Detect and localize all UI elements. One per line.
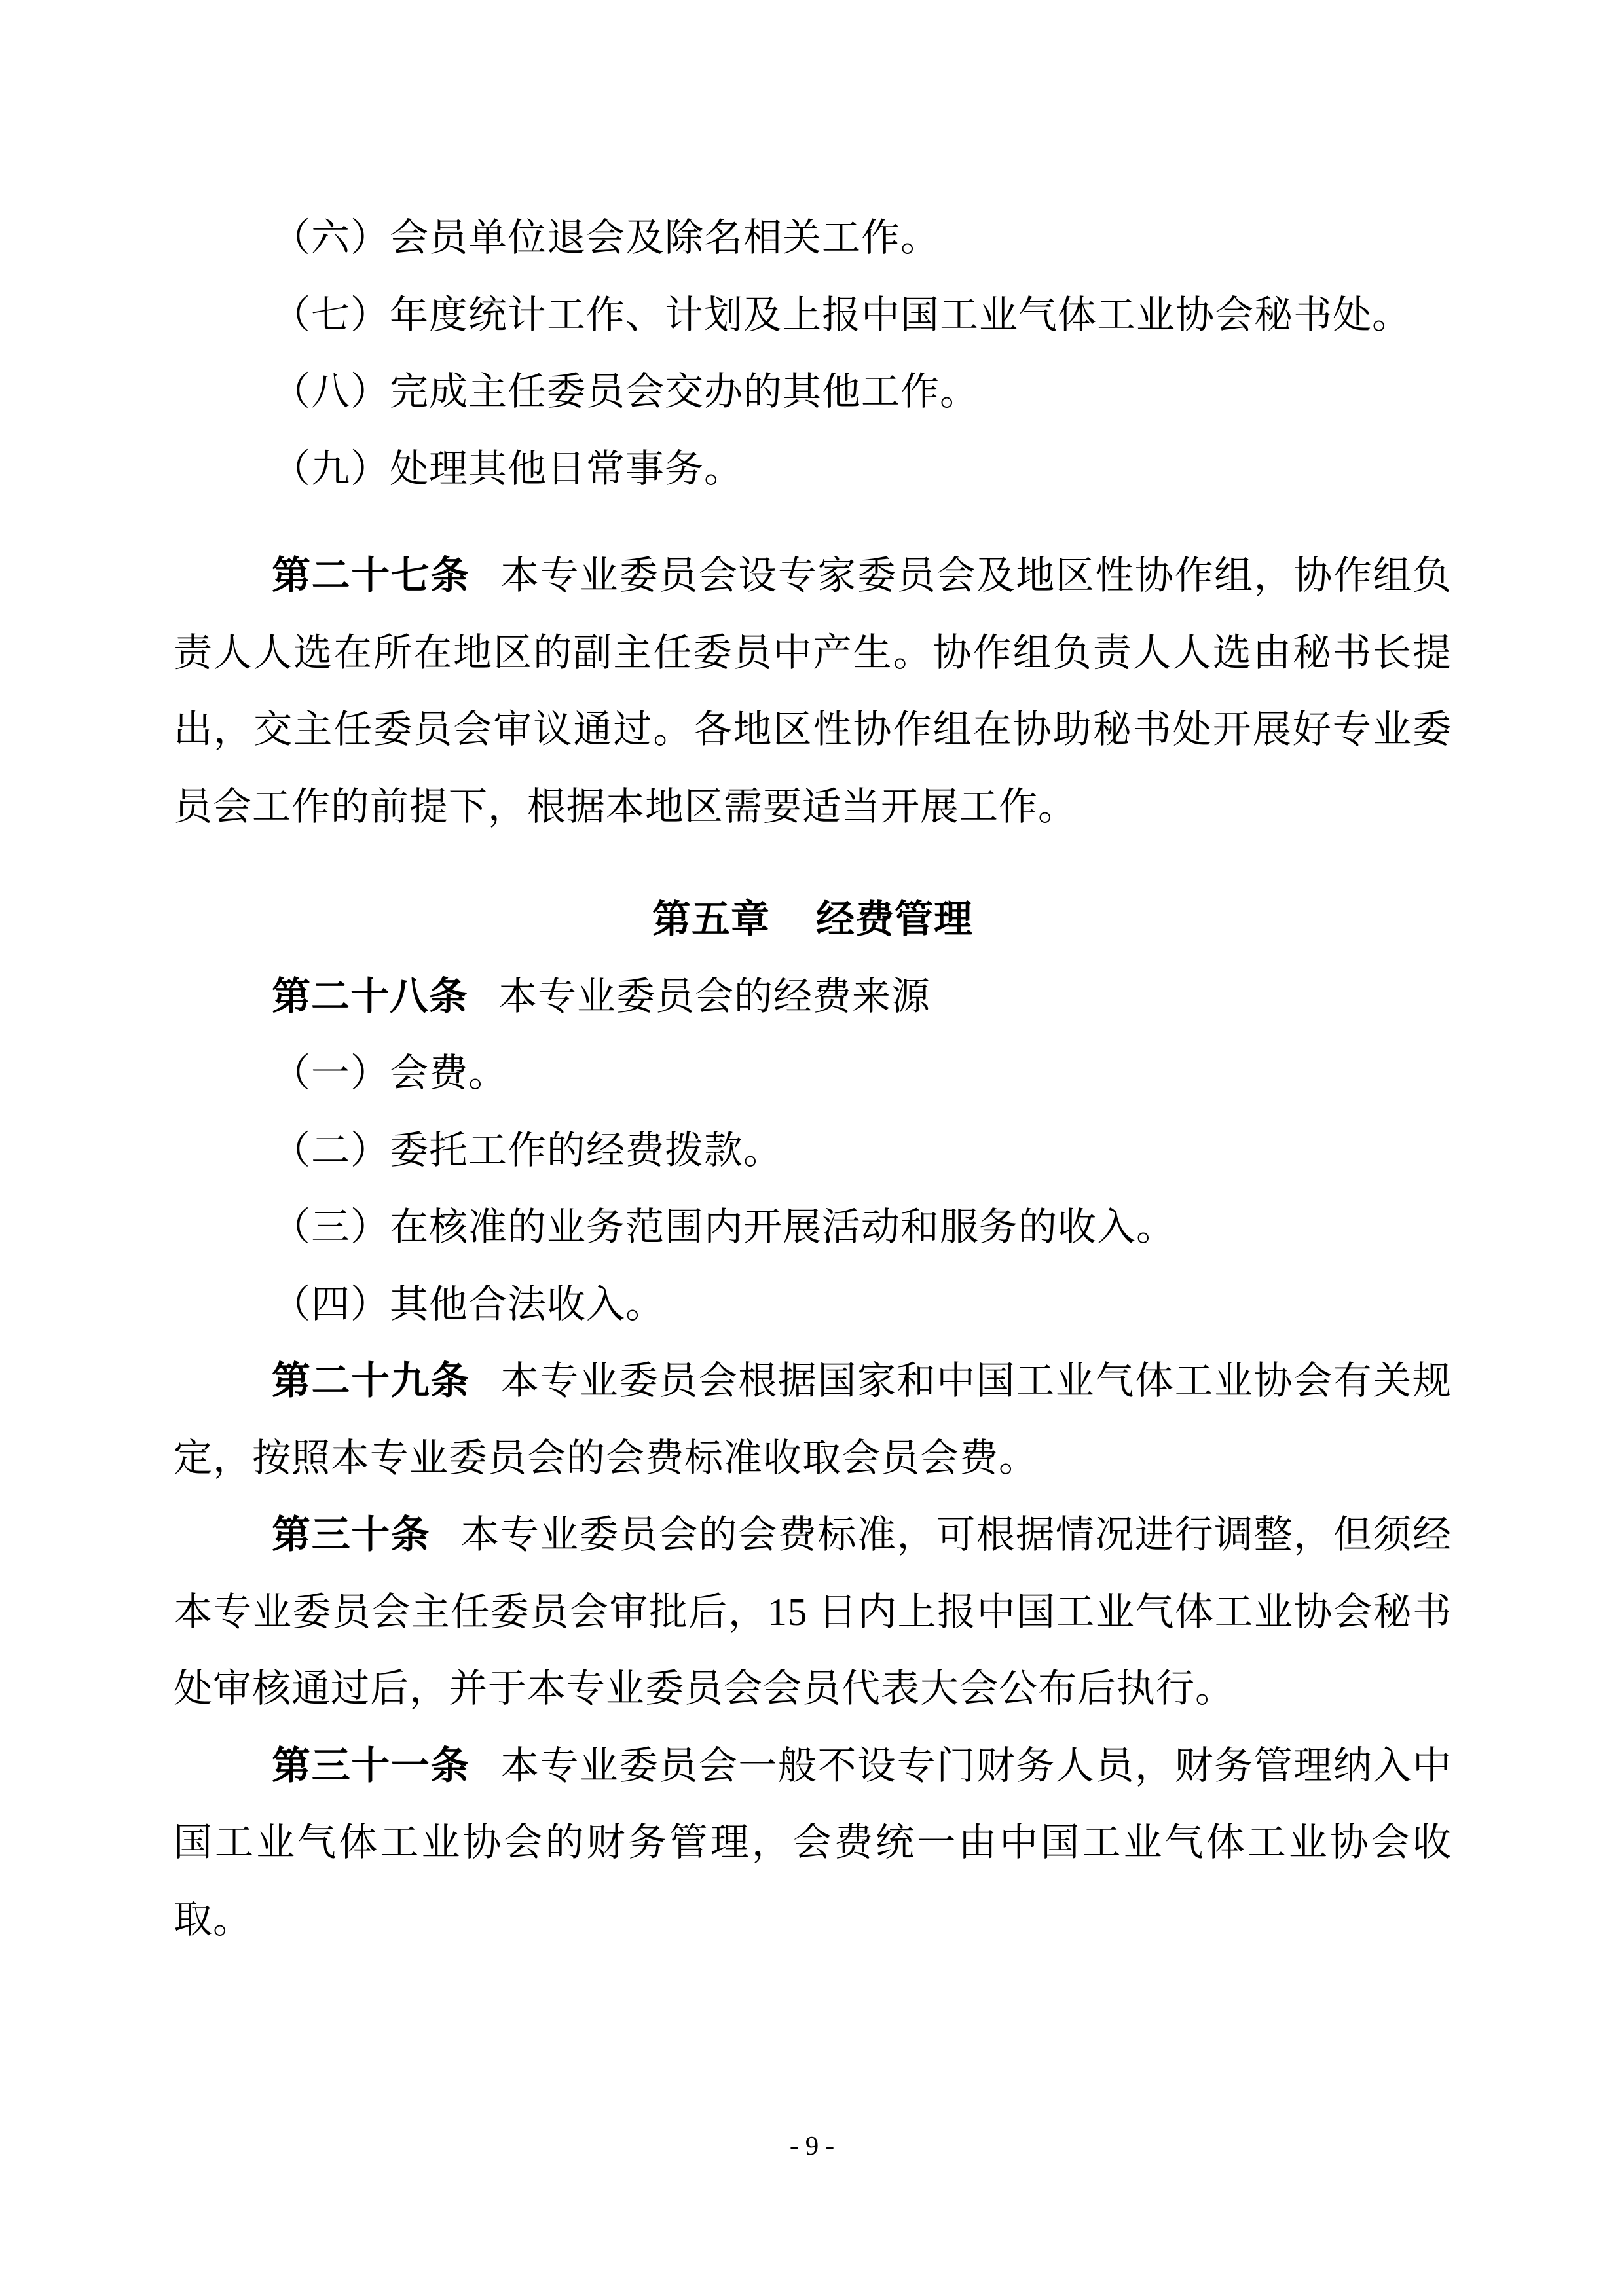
- list-item-text: （七）年度统计工作、计划及上报中国工业气体工业协会秘书处。: [272, 293, 1411, 337]
- article-30-paragraph: 第三十条本专业委员会的会费标准，可根据情况进行调整，但须经本专业委员会主任委员会…: [174, 1497, 1452, 1728]
- document-page: （六）会员单位退会及除名相关工作。 （七）年度统计工作、计划及上报中国工业气体工…: [0, 0, 1624, 2296]
- article-29-paragraph: 第二十九条本专业委员会根据国家和中国工业气体工业协会有关规定，按照本专业委员会的…: [174, 1343, 1452, 1497]
- list-item-text: （三）在核准的业务范围内开展活动和服务的收入。: [272, 1205, 1175, 1248]
- article-number: 第二十七条: [272, 554, 470, 597]
- page-number: - 9 -: [790, 2130, 834, 2160]
- list-item-3: （三）在核准的业务范围内开展活动和服务的收入。: [174, 1189, 1452, 1266]
- chapter-title: 经费管理: [816, 898, 973, 941]
- article-27-paragraph: 第二十七条本专业委员会设专家委员会及地区性协作组，协作组负责人人选在所在地区的副…: [174, 538, 1452, 845]
- article-number: 第三十条: [272, 1513, 430, 1556]
- article-number: 第二十九条: [272, 1359, 470, 1402]
- chapter-number: 第五章: [652, 898, 770, 941]
- list-item-text: （九）处理其他日常事务。: [272, 447, 743, 490]
- list-item-text: （一）会费。: [272, 1051, 507, 1095]
- list-item-6: （六）会员单位退会及除名相关工作。: [174, 200, 1452, 277]
- list-item-9: （九）处理其他日常事务。: [174, 431, 1452, 508]
- article-text: 本专业委员会的经费来源: [498, 975, 931, 1018]
- list-item-4: （四）其他合法收入。: [174, 1266, 1452, 1343]
- list-item-1: （一）会费。: [174, 1035, 1452, 1112]
- document-body: （六）会员单位退会及除名相关工作。 （七）年度统计工作、计划及上报中国工业气体工…: [174, 200, 1452, 1958]
- list-item-text: （六）会员单位退会及除名相关工作。: [272, 216, 940, 259]
- article-31-paragraph: 第三十一条本专业委员会一般不设专门财务人员，财务管理纳入中国工业气体工业协会的财…: [174, 1728, 1452, 1959]
- article-number: 第三十一条: [272, 1744, 470, 1787]
- list-item-2: （二）委托工作的经费拨款。: [174, 1112, 1452, 1190]
- list-item-text: （二）委托工作的经费拨款。: [272, 1129, 783, 1172]
- article-28-paragraph: 第二十八条本专业委员会的经费来源: [174, 958, 1452, 1036]
- list-item-8: （八）完成主任委员会交办的其他工作。: [174, 354, 1452, 431]
- article-number: 第二十八条: [272, 975, 468, 1018]
- list-item-text: （八）完成主任委员会交办的其他工作。: [272, 370, 979, 413]
- chapter-5-heading: 第五章经费管理: [174, 881, 1452, 958]
- page-footer: - 9 -: [0, 2129, 1624, 2162]
- list-item-text: （四）其他合法收入。: [272, 1283, 665, 1326]
- list-item-7: （七）年度统计工作、计划及上报中国工业气体工业协会秘书处。: [174, 277, 1452, 354]
